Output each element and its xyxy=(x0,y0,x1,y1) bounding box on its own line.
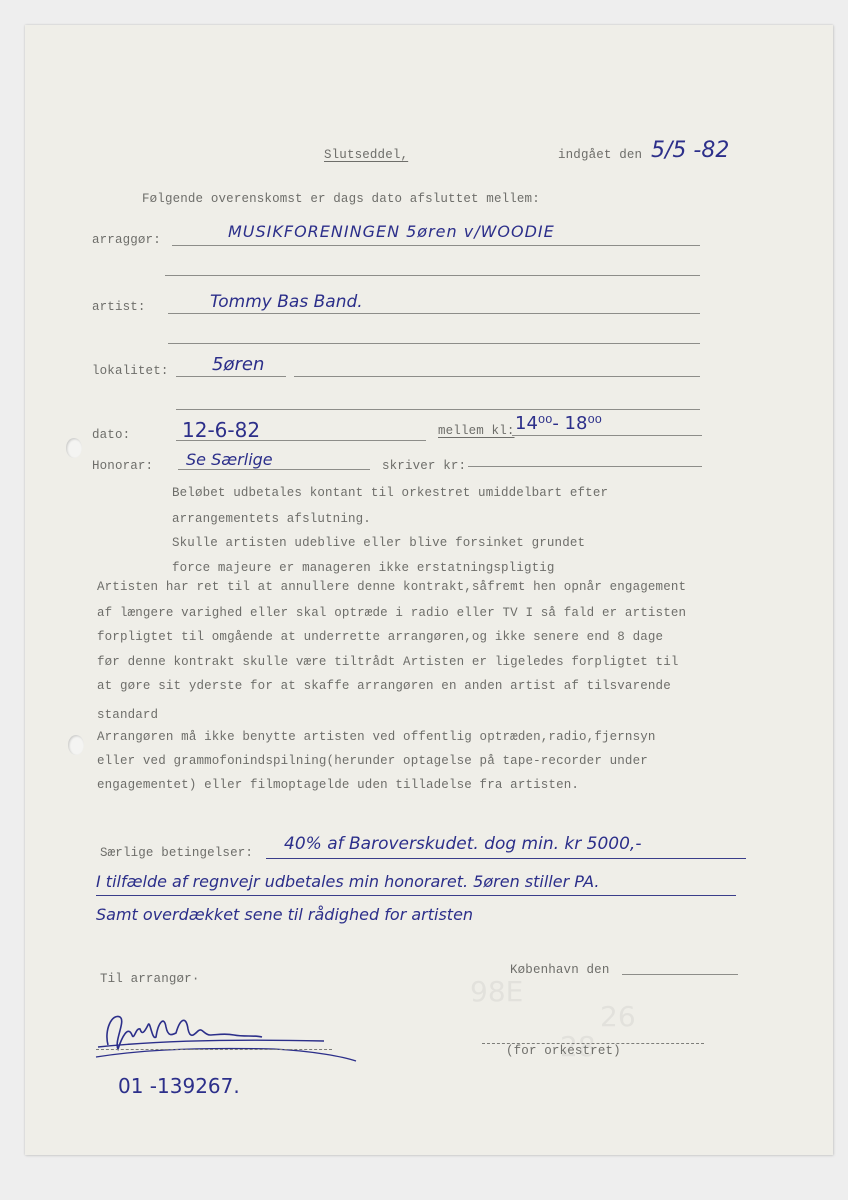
cancellation-term: Arrangøren må ikke benytte artisten ved … xyxy=(97,730,656,744)
artist-line xyxy=(168,313,700,314)
payment-term: Beløbet udbetales kontant til orkestret … xyxy=(172,486,608,500)
payment-term: arrangementets afslutning. xyxy=(172,512,371,526)
document-title: Slutseddel, xyxy=(324,148,408,162)
date-label: dato: xyxy=(92,428,130,442)
entered-date: 5/5 -82 xyxy=(651,138,729,163)
fee-words-line xyxy=(468,466,702,467)
time-label: mellem kl: xyxy=(438,424,515,438)
artist-label: artist: xyxy=(92,300,146,314)
special-conditions-underline-2 xyxy=(96,895,736,896)
organizer-signature-text: Kjeld Nielsen xyxy=(94,1005,219,1010)
cancellation-term: af længere varighed eller skal optræde i… xyxy=(97,606,686,620)
punch-hole-bottom xyxy=(68,735,84,755)
payment-term: Skulle artisten udeblive eller blive for… xyxy=(172,536,585,550)
reverse-bleed-through: 98E xyxy=(470,975,523,1008)
special-condition-line: Samt overdækket sene til rådighed for ar… xyxy=(96,905,473,924)
organizer-signature-line xyxy=(96,1049,332,1050)
payment-term: force majeure er manageren ikke erstatni… xyxy=(172,561,555,575)
cancellation-term: standard xyxy=(97,708,158,722)
cancellation-term: før denne kontrakt skulle være tiltrådt … xyxy=(97,655,679,669)
venue-line-2 xyxy=(176,409,700,410)
cancellation-term: at gøre sit yderste for at skaffe arrang… xyxy=(97,679,671,693)
venue-value: 5øren xyxy=(212,354,264,375)
venue-line xyxy=(176,376,286,377)
cancellation-term: Artisten har ret til at annullere denne … xyxy=(97,580,686,594)
fee-line xyxy=(178,469,370,470)
cancellation-term: engagementet) eller filmoptagelde uden t… xyxy=(97,778,579,792)
cancellation-term: eller ved grammofonindspilning(herunder … xyxy=(97,754,648,768)
special-condition-line: 40% af Baroverskudet. dog min. kr 5000,- xyxy=(284,834,641,854)
fee-value: Se Særlige xyxy=(186,450,273,469)
place-date-line xyxy=(622,974,738,975)
cancellation-term: forpligtet til omgående at underrette ar… xyxy=(97,630,663,644)
special-condition-line: I tilfælde af regnvejr udbetales min hon… xyxy=(96,872,599,891)
time-line xyxy=(512,435,702,436)
organizer-line-2 xyxy=(165,275,700,276)
date-value: 12-6-82 xyxy=(182,418,260,442)
punch-hole-top xyxy=(66,438,82,458)
organizer-phone: 01 -139267. xyxy=(118,1074,240,1098)
venue-label: lokalitet: xyxy=(92,364,169,378)
organizer-signature: Kjeld Nielsen xyxy=(94,1005,364,1065)
fee-label: Honorar: xyxy=(92,459,153,473)
entered-label: indgået den xyxy=(558,148,642,162)
special-conditions-label: Særlige betingelser: xyxy=(100,846,253,860)
venue-line-b xyxy=(294,376,700,377)
date-line xyxy=(176,440,426,441)
organizer-label: arraggør: xyxy=(92,233,161,247)
orchestra-signature-label: (for orkestret) xyxy=(506,1044,621,1058)
organizer-line xyxy=(172,245,700,246)
time-value: 14⁰⁰- 18⁰⁰ xyxy=(515,413,602,434)
intro-text: Følgende overenskomst er dags dato afslu… xyxy=(142,192,540,206)
artist-value: Tommy Bas Band. xyxy=(210,292,363,312)
special-conditions-underline-1 xyxy=(266,858,746,859)
place-date-label: København den xyxy=(510,963,609,977)
organizer-value: MUSIKFORENINGEN 5øren v/WOODIE xyxy=(228,222,555,241)
organizer-signature-label: Til arrangør· xyxy=(100,972,199,986)
artist-line-2 xyxy=(168,343,700,344)
reverse-bleed-through: 26 xyxy=(600,1000,636,1033)
fee-words-label: skriver kr: xyxy=(382,459,466,473)
